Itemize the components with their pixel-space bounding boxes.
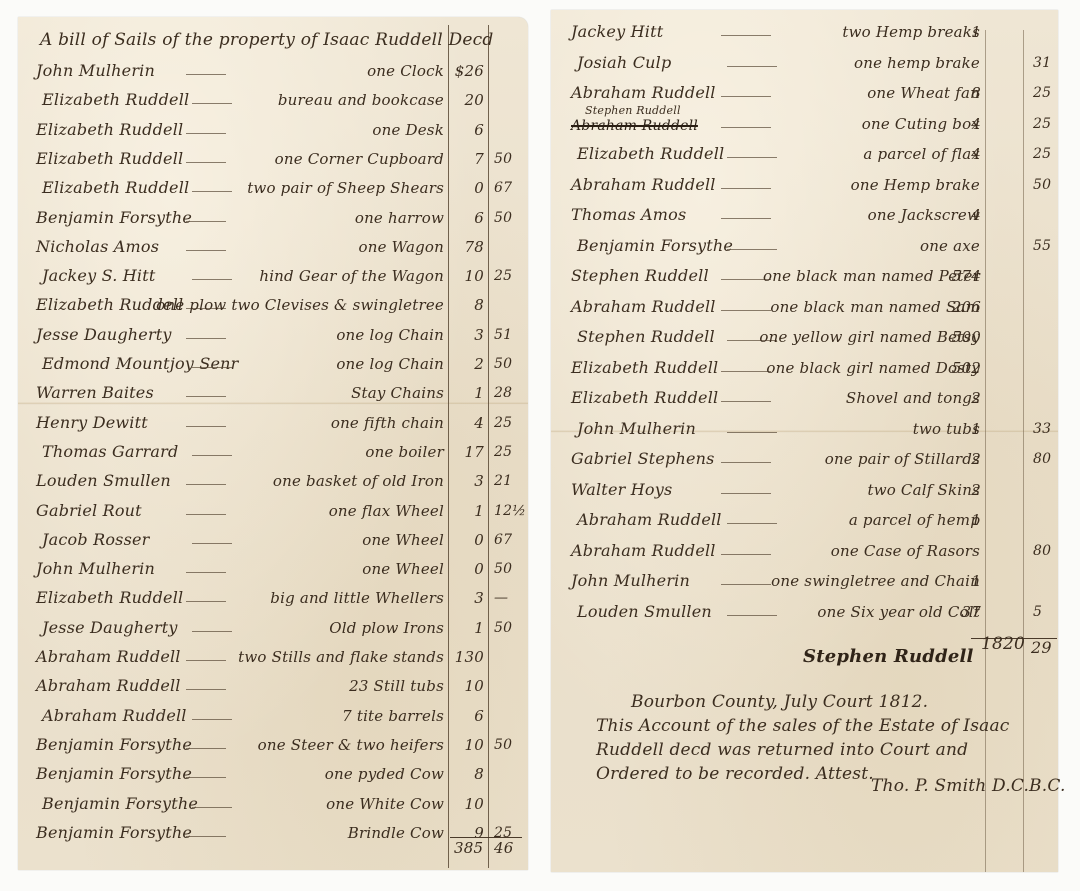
ledger-entry: John Mulherinone Wheel050 (18, 557, 528, 581)
buyer-name: Benjamin Forsythe (42, 794, 198, 813)
buyer-name: Jesse Daugherty (36, 325, 172, 344)
buyer-name: Elizabeth Ruddell (42, 178, 189, 197)
price-cents: 28 (494, 385, 512, 401)
buyer-name: Jesse Daugherty (42, 618, 178, 637)
ledger-entry: Benjamin Forsytheone Steer & two heifers… (18, 733, 528, 757)
item-description: hind Gear of the Wagon (259, 267, 444, 285)
price-cents: 31 (1033, 55, 1051, 71)
item-description: one pyded Cow (325, 765, 444, 783)
price-cents: 50 (494, 620, 512, 636)
right-total-cents: 29 (1031, 638, 1052, 657)
buyer-name: Benjamin Forsythe (36, 764, 192, 783)
price-dollars: 3 (440, 326, 484, 344)
ledger-entry: Benjamin Forsytheone White Cow10 (18, 792, 528, 816)
leader-line (186, 601, 226, 602)
ledger-entry: Benjamin ForsytheBrindle Cow925 (18, 821, 528, 845)
ledger-entry: Edmond Mountjoy Senrone log Chain250 (18, 352, 528, 376)
leader-line (727, 432, 777, 433)
leader-line (721, 371, 771, 372)
price-dollars: 8 (931, 84, 981, 102)
buyer-name: Abraham Ruddell (571, 541, 716, 560)
price-cents: 25 (494, 415, 512, 431)
leader-line (192, 103, 232, 104)
item-description: Old plow Irons (329, 619, 444, 637)
buyer-name: Elizabeth Ruddell (42, 90, 189, 109)
leader-line (192, 191, 232, 192)
right-page: Jackey Hitttwo Hemp breaks1Josiah Culpon… (551, 10, 1058, 872)
buyer-name: Stephen Ruddell (577, 327, 715, 346)
item-description: one Wheel (362, 560, 444, 578)
leader-line (727, 523, 777, 524)
ledger-entry: Josiah Culpone hemp brake31 (551, 51, 1058, 75)
buyer-name: Walter Hoys (571, 480, 672, 499)
item-description: Brindle Cow (348, 824, 444, 842)
price-dollars: 4 (931, 115, 981, 133)
price-dollars: 502 (931, 359, 981, 377)
buyer-name: Nicholas Amos (36, 237, 159, 256)
leader-line (721, 218, 771, 219)
ledger-entry: Gabriel Stephensone pair of Stillards280 (551, 447, 1058, 471)
item-description: bureau and bookcase (278, 91, 444, 109)
leader-line (186, 514, 226, 515)
price-dollars: 1 (931, 23, 981, 41)
ledger-entry: Abraham Ruddellone Case of Rasors80 (551, 539, 1058, 563)
buyer-name: Jacob Rosser (42, 530, 150, 549)
price-cents: 25 (1033, 116, 1051, 132)
ledger-entry: Louden Smullenone basket of old Iron321 (18, 469, 528, 493)
leader-line (186, 426, 226, 427)
price-cents: 5 (1033, 604, 1042, 620)
leader-line (192, 367, 232, 368)
item-description: one White Cow (326, 795, 444, 813)
price-cents: 67 (494, 180, 512, 196)
buyer-name: Thomas Amos (571, 205, 686, 224)
item-description: big and little Whellers (270, 589, 444, 607)
buyer-name: Benjamin Forsythe (577, 236, 733, 255)
buyer-name: Henry Dewitt (36, 413, 148, 432)
buyer-name: Gabriel Stephens (571, 449, 715, 468)
left-total-dollars: 385 (454, 839, 483, 857)
buyer-name: John Mulherin (36, 559, 155, 578)
leader-line (192, 455, 232, 456)
buyer-name: Edmond Mountjoy Senr (42, 354, 239, 373)
leader-line (721, 188, 771, 189)
document-title: A bill of Sails of the property of Isaac… (40, 30, 493, 50)
leader-line (186, 660, 226, 661)
price-cents: 12½ (494, 503, 526, 519)
ledger-entry: Jacob Rosserone Wheel067 (18, 528, 528, 552)
ledger-entry: Thomas Amosone Jackscrew4 (551, 203, 1058, 227)
ledger-entry: Henry Dewittone fifth chain425 (18, 411, 528, 435)
court-note-line-1: Bourbon County, July Court 1812. (631, 692, 928, 712)
ledger-entry: Benjamin Forsytheone pyded Cow8 (18, 762, 528, 786)
price-dollars: 20 (440, 91, 484, 109)
leader-line (721, 584, 771, 585)
buyer-name: John Mulherin (36, 61, 155, 80)
price-dollars: 6 (440, 707, 484, 725)
item-description: one Wheel (362, 531, 444, 549)
ledger-entry: John Mulherinone swingletree and Chain1 (551, 569, 1058, 593)
ledger-entry: Stephen Ruddellone yellow girl named Bet… (551, 325, 1058, 349)
price-dollars: 0 (440, 560, 484, 578)
ledger-entry: Gabriel Routone flax Wheel112½ (18, 499, 528, 523)
leader-line (721, 462, 771, 463)
buyer-name: Louden Smullen (36, 471, 171, 490)
leader-line (192, 807, 232, 808)
buyer-name: Benjamin Forsythe (36, 823, 192, 842)
buyer-name: Elizabeth Ruddell (571, 388, 718, 407)
buyer-name: Abraham Ruddell (36, 676, 181, 695)
ledger-entry: John Mulherinone Clock$26 (18, 59, 528, 83)
leader-line (186, 250, 226, 251)
leader-line (186, 133, 226, 134)
buyer-name: John Mulherin (577, 419, 696, 438)
price-cents: 80 (1033, 451, 1051, 467)
item-description: one Steer & two heifers (258, 736, 444, 754)
price-dollars: 1 (931, 420, 981, 438)
price-dollars: 4 (931, 206, 981, 224)
price-cents: — (494, 590, 508, 606)
price-cents: 25 (494, 268, 512, 284)
leader-line (192, 631, 232, 632)
buyer-name: Abraham Ruddell (577, 510, 722, 529)
price-dollars: 4 (440, 414, 484, 432)
price-dollars: 2 (440, 355, 484, 373)
item-description: one boiler (365, 443, 444, 461)
buyer-name: Elizabeth Ruddell (36, 588, 183, 607)
buyer-name: Abraham Ruddell (42, 706, 187, 725)
price-cents: 50 (494, 210, 512, 226)
item-description: one Hemp brake (851, 176, 980, 194)
item-description: one Desk (372, 121, 444, 139)
price-dollars: 17 (440, 443, 484, 461)
item-description: 7 tite barrels (342, 707, 444, 725)
price-dollars: 3 (440, 472, 484, 490)
buyer-name: Abraham Ruddell (571, 175, 716, 194)
leader-line (186, 689, 226, 690)
price-dollars: 6 (440, 209, 484, 227)
item-description: two pair of Sheep Shears (247, 179, 444, 197)
price-cents: 25 (494, 444, 512, 460)
leader-line (192, 719, 232, 720)
price-dollars: 10 (440, 736, 484, 754)
leader-line (721, 310, 771, 311)
total-underline (450, 837, 522, 838)
buyer-name: Stephen Ruddell (571, 266, 709, 285)
price-dollars: 10 (440, 795, 484, 813)
price-cents: 50 (1033, 177, 1051, 193)
price-dollars: 10 (440, 267, 484, 285)
ledger-entry: Louden Smullenone Six year old Colt375 (551, 600, 1058, 624)
price-dollars: 4 (931, 145, 981, 163)
item-description: one basket of old Iron (273, 472, 444, 490)
leader-line (727, 249, 777, 250)
price-dollars: 0 (440, 531, 484, 549)
struck-buyer-name: Abraham Ruddell (571, 118, 698, 134)
ledger-entry: Abraham Ruddellone black man named Sam20… (551, 295, 1058, 319)
item-description: one harrow (355, 209, 444, 227)
price-dollars: 8 (440, 765, 484, 783)
buyer-name: Stephen Ruddell (585, 104, 681, 117)
leader-line (721, 401, 771, 402)
leader-line (727, 66, 777, 67)
item-description: one log Chain (336, 355, 444, 373)
price-dollars: 78 (440, 238, 484, 256)
price-dollars: 37 (931, 603, 981, 621)
ledger-entry: Abraham Ruddellone Wheat fan825 (551, 81, 1058, 105)
ledger-entry: Elizabeth Ruddellbureau and bookcase20 (18, 88, 528, 112)
signature: Stephen Ruddell (803, 646, 974, 667)
leader-line (721, 35, 771, 36)
price-dollars: 2 (931, 450, 981, 468)
ledger-entry: Elizabeth Ruddellone black girl named Do… (551, 356, 1058, 380)
leader-line (186, 572, 226, 573)
price-dollars: 574 (931, 267, 981, 285)
price-dollars: 1 (931, 511, 981, 529)
item-description: one fifth chain (331, 414, 444, 432)
price-dollars: 6 (440, 121, 484, 139)
ledger-entry: Abraham Ruddellone Hemp brake50 (551, 173, 1058, 197)
price-dollars: 1 (440, 619, 484, 637)
item-description: one Wagon (359, 238, 445, 256)
buyer-name: Louden Smullen (577, 602, 712, 621)
price-dollars: 1 (440, 502, 484, 520)
price-cents: 50 (494, 737, 512, 753)
ledger-entry: Elizabeth Ruddella parcel of flax425 (551, 142, 1058, 166)
leader-line (192, 543, 232, 544)
ledger-entry: Elizabeth Ruddellone Desk6 (18, 118, 528, 142)
price-cents: 50 (494, 151, 512, 167)
ledger-entry: Jesse DaughertyOld plow Irons150 (18, 616, 528, 640)
ledger-entry: Elizabeth Ruddellone plow two Clevises &… (18, 293, 528, 317)
buyer-name: Elizabeth Ruddell (36, 149, 183, 168)
price-dollars: 1 (440, 384, 484, 402)
item-description: two Stills and flake stands (238, 648, 444, 666)
ledger-entry: Elizabeth Ruddellone Corner Cupboard750 (18, 147, 528, 171)
item-description: one Corner Cupboard (275, 150, 444, 168)
price-cents: 51 (494, 327, 512, 343)
buyer-name: Benjamin Forsythe (36, 735, 192, 754)
buyer-name: Warren Baites (36, 383, 154, 402)
leader-line (721, 493, 771, 494)
ledger-entry: Benjamin Forsytheone harrow650 (18, 206, 528, 230)
price-dollars: 2 (931, 481, 981, 499)
price-dollars: 3 (440, 589, 484, 607)
leader-line (186, 74, 226, 75)
item-description: one axe (920, 237, 980, 255)
item-description: one flax Wheel (329, 502, 444, 520)
price-dollars: 8 (440, 296, 484, 314)
price-dollars: 10 (440, 677, 484, 695)
ledger-entry: Warren BaitesStay Chains128 (18, 381, 528, 405)
price-dollars: 500 (931, 328, 981, 346)
buyer-name: Abraham Ruddell (36, 647, 181, 666)
buyer-name: Josiah Culp (577, 53, 671, 72)
ledger-entry: Jackey Hitttwo Hemp breaks1 (551, 20, 1058, 44)
ledger-entry: Abraham Ruddell23 Still tubs10 (18, 674, 528, 698)
price-cents: 50 (494, 356, 512, 372)
price-dollars: 0 (440, 179, 484, 197)
buyer-name: Jackey Hitt (571, 22, 663, 41)
ledger-entry: Walter Hoystwo Calf Skins2 (551, 478, 1058, 502)
item-description: one log Chain (336, 326, 444, 344)
leader-line (727, 157, 777, 158)
ledger-entry: Elizabeth Ruddelltwo pair of Sheep Shear… (18, 176, 528, 200)
leader-line (186, 484, 226, 485)
item-description: one Case of Rasors (831, 542, 980, 560)
ledger-entry: John Mulherintwo tubs133 (551, 417, 1058, 441)
price-cents: 25 (1033, 85, 1051, 101)
price-dollars: 206 (931, 298, 981, 316)
price-dollars: 7 (440, 150, 484, 168)
right-total-dollars: 1820 (981, 634, 1025, 654)
price-cents: 25 (1033, 146, 1051, 162)
leader-line (186, 338, 226, 339)
ledger-entry: Stephen Ruddellone black man named Peter… (551, 264, 1058, 288)
buyer-name: Abraham Ruddell (571, 83, 716, 102)
buyer-name: Abraham Ruddell (571, 297, 716, 316)
ledger-entry: Nicholas Amosone Wagon78 (18, 235, 528, 259)
ledger-entry: Elizabeth Ruddellbig and little Whellers… (18, 586, 528, 610)
ledger-entry: Thomas Garrardone boiler1725 (18, 440, 528, 464)
buyer-name: Gabriel Rout (36, 501, 142, 520)
item-description: one hemp brake (854, 54, 980, 72)
ledger-entry: Abraham Ruddell7 tite barrels6 (18, 704, 528, 728)
buyer-name: Benjamin Forsythe (36, 208, 192, 227)
clerk-attestation: Tho. P. Smith D.C.B.C. (871, 776, 1066, 796)
price-dollars: 130 (440, 648, 484, 666)
price-cents: 55 (1033, 238, 1051, 254)
leader-line (186, 836, 226, 837)
court-note-line-3: Ruddell decd was returned into Court and (596, 740, 968, 760)
leader-line (186, 221, 226, 222)
buyer-name: Jackey S. Hitt (42, 266, 156, 285)
leader-line (721, 554, 771, 555)
price-cents: 80 (1033, 543, 1051, 559)
leader-line (727, 615, 777, 616)
court-note-line-2: This Account of the sales of the Estate … (596, 716, 1010, 736)
buyer-name: Thomas Garrard (42, 442, 178, 461)
leader-line (186, 777, 226, 778)
ledger-entry: Jackey S. Hitthind Gear of the Wagon1025 (18, 264, 528, 288)
price-cents: 67 (494, 532, 512, 548)
ledger-entry: Abraham RuddellStephen Ruddellone Cuting… (551, 112, 1058, 136)
leader-line (186, 748, 226, 749)
item-description: one Clock (367, 62, 444, 80)
ledger-entry: Abraham Ruddelltwo Stills and flake stan… (18, 645, 528, 669)
item-description: 23 Still tubs (349, 677, 444, 695)
price-dollars: 1 (931, 572, 981, 590)
price-cents: 50 (494, 561, 512, 577)
leader-line (721, 127, 771, 128)
ledger-entry: Elizabeth RuddellShovel and tongs2 (551, 386, 1058, 410)
leader-line (192, 279, 232, 280)
ledger-entry: Abraham Ruddella parcel of hemp1 (551, 508, 1058, 532)
buyer-name: John Mulherin (571, 571, 690, 590)
ledger-entry: Jesse Daughertyone log Chain351 (18, 323, 528, 347)
price-dollars: 2 (931, 389, 981, 407)
left-page: A bill of Sails of the property of Isaac… (18, 17, 528, 870)
ledger-entry: Benjamin Forsytheone axe55 (551, 234, 1058, 258)
court-note-line-4: Ordered to be recorded. Attest. (596, 764, 874, 784)
buyer-name: Elizabeth Ruddell (577, 144, 724, 163)
item-description: Stay Chains (351, 384, 444, 402)
price-dollars: $26 (440, 62, 484, 80)
price-cents: 21 (494, 473, 512, 489)
left-total-cents: 46 (494, 839, 514, 857)
buyer-name: Elizabeth Ruddell (571, 358, 718, 377)
item-description: one plow two Clevises & swingletree (156, 296, 444, 314)
leader-line (721, 96, 771, 97)
price-cents: 33 (1033, 421, 1051, 437)
leader-line (186, 162, 226, 163)
buyer-name: Elizabeth Ruddell (36, 120, 183, 139)
leader-line (186, 396, 226, 397)
